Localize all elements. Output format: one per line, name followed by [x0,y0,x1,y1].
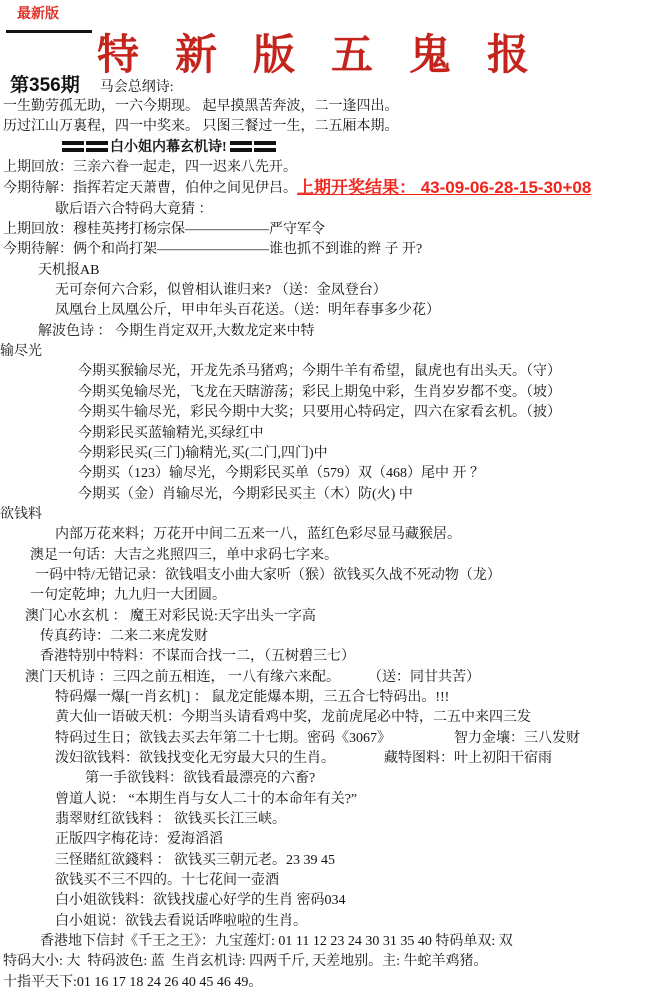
text-line-content: 正版四字梅花诗：爱海滔滔 [55,832,223,847]
text-line-content: 十指平天下:01 16 17 18 24 26 40 45 46 49。 [3,975,262,990]
text-line: 解波色诗 ： 今期生肖定双开,大数龙定来中特 [0,322,670,342]
double-bar-icon [62,141,84,152]
last-draw-result: 上期开奖结果： 43-09-06-28-15-30+08 [297,178,591,197]
text-line: 第一手欲钱料：欲钱看最漂亮的六畜? [0,769,670,789]
text-line: 曾道人说： “本期生肖与女人二十的本命年有关?” [0,790,670,810]
text-line: 翡翠财红欲钱料 ： 欲钱买长江三峡。 [0,810,670,830]
issue-row: 第356期 马会总纲诗: [10,70,174,97]
text-line: 澳门心水玄机 ： 魔王对彩民说:天字出头一字高 [0,607,670,627]
title-dash-line [6,30,92,33]
text-line-content: 一码中特/无错记录：欲钱唱支小曲大家听（猴）欲钱买久战不死动物（龙） [35,568,501,583]
text-line: 今期待解：指挥若定天萧曹，伯仲之间见伊吕。上期开奖结果： 43-09-06-28… [0,178,670,199]
text-line: 特码大小: 大 特码波色: 蓝 生肖玄机诗: 四两千斤, 天差地别。主: 牛蛇羊… [0,952,670,972]
text-line: 输尽光 [0,342,670,362]
text-line-content: 历过江山万裏程，四一中奖来。 只图三餐过一生，二五厢本期。 [3,119,399,134]
text-line-content: 上期回放：穆桂英拷打杨宗保——————严守军令 [3,222,325,237]
text-line-content: 今期买（金）肖输尽光，今期彩民买主（木）防(火) 中 [78,487,413,502]
text-line: 上期回放：三亲六眷一起走，四一迟来八先开。 [0,158,670,178]
five-ghost-report-page: 最新版 特新版五鬼报 第356期 马会总纲诗: 一生勤劳孤无助，一六今期现。 起… [0,0,670,996]
issue-number: 第356期 [10,75,80,96]
text-line-content: 今期待解：指挥若定天萧曹，伯仲之间见伊吕。 [3,181,297,196]
text-line-content: 特码爆一爆[一肖玄机] ： 鼠龙定能爆本期，三五合七特码出。!!! [55,690,449,705]
text-line-content: 黄大仙一语破天机：今期当头请看鸡中奖，龙前虎尾必中特，二五中来四三发 [55,710,531,725]
text-line: 无可奈何六合彩，似曾相认谁归来? （送：金凤登台） [0,281,670,301]
text-line: 香港特别中特料：不谋而合找一二，（五树碧三七） [0,647,670,667]
text-line-content: 一生勤劳孤无助，一六今期现。 起早摸黑苦奔波，二一逢四出。 [3,99,399,114]
text-line: 内部万花来料；万花开中间二五来一八，蓝红色彩尽显马藏猴居。 [0,525,670,545]
text-line-content: 欲钱料 [0,507,42,522]
text-line-content: 凤凰台上凤凰公斤，甲申年头百花送。（送：明年春事多少花） [55,303,440,318]
double-bar-icon [254,141,276,152]
text-line-content: 今期买猴输尽光，开龙先杀马猪鸡；今期牛羊有希望，鼠虎也有出头天。（守） [78,364,561,379]
text-line: 三怪賭紅欲錢料 ： 欲钱买三朝元老。23 39 45 [0,851,670,871]
text-line: 特码过生日；欲钱去买去年第二十七期。密码《3067》 智力金壤：三八发财 [0,729,670,749]
text-line: 一句定乾坤；九九归一大团圆。 [0,586,670,606]
text-line: 香港地下信封《千王之王》：九宝莲灯: 01 11 12 23 24 30 31 … [0,932,670,952]
text-line-content: 上期回放：三亲六眷一起走，四一迟来八先开。 [3,160,297,175]
text-line-content: 欲钱买不三不四的。十七花间一壶酒 [55,873,279,888]
text-line-content: 今期买兔输尽光，飞龙在天瞎游荡；彩民上期兔中彩，生肖岁岁都不变。（坡） [78,385,561,400]
text-line: 白小姐欲钱料：欲钱找虚心好学的生肖 密码034 [0,891,670,911]
text-line: 历过江山万裏程，四一中奖来。 只图三餐过一生，二五厢本期。 [0,117,670,137]
text-line: 天机报AB [0,261,670,281]
text-line-content: 今期彩民买(三门)输精光,买(二门,四门)中 [78,446,328,461]
text-line-content: 泼妇欲钱料：欲钱找变化无穷最大只的生肖。 藏特图料：叶上初阳干宿雨 [55,751,552,766]
text-line-content: 天机报AB [38,263,99,278]
text-line-content: 白小姐说：欲钱去看说话哗啦啦的生肖。 [55,914,307,929]
text-line-content: 内部万花来料；万花开中间二五来一八，蓝红色彩尽显马藏猴居。 [55,527,461,542]
text-line: 黄大仙一语破天机：今期当头请看鸡中奖，龙前虎尾必中特，二五中来四三发 [0,708,670,728]
body-text: 一生勤劳孤无助，一六今期现。 起早摸黑苦奔波，二一逢四出。 历过江山万裏程，四一… [0,97,670,993]
text-line-content: 澳门心水玄机 ： 魔王对彩民说:天字出头一字高 [25,609,316,624]
text-line-content: 白小姐内幕玄机诗! [110,140,230,155]
text-line: 今期买（123）输尽光，今期彩民买单（579）双（468）尾中 开 ？ [0,464,670,484]
text-line: 今期彩民买(三门)输精光,买(二门,四门)中 [0,444,670,464]
text-line-content: 特码过生日；欲钱去买去年第二十七期。密码《3067》 智力金壤：三八发财 [55,731,580,746]
text-line-content: 一句定乾坤；九九归一大团圆。 [30,588,226,603]
text-line-content: 第一手欲钱料：欲钱看最漂亮的六畜? [85,771,315,786]
text-line-content: 传真药诗：二来二来虎发财 [40,629,208,644]
text-line: 欲钱买不三不四的。十七花间一壶酒 [0,871,670,891]
text-line: 今期待解：俩个和尚打架————————谁也抓不到谁的辫 子 开? [0,240,670,260]
text-line: 正版四字梅花诗：爱海滔滔 [0,830,670,850]
masthead-poem-label: 马会总纲诗: [100,80,174,95]
text-line-content: 今期买（123）输尽光，今期彩民买单（579）双（468）尾中 开 ？ [78,466,484,481]
text-line: 白小姐内幕玄机诗! [0,138,670,158]
text-line-content: 香港地下信封《千王之王》：九宝莲灯: 01 11 12 23 24 30 31 … [40,934,513,949]
double-bar-icon [86,141,108,152]
text-line-content: 输尽光 [0,344,42,359]
text-line: 歇后语六合特码大竟猜 ： [0,200,670,220]
text-line-content: 无可奈何六合彩，似曾相认谁归来? （送：金凤登台） [55,283,387,298]
text-line-content: 曾道人说： “本期生肖与女人二十的本命年有关?” [55,792,357,807]
text-line: 特码爆一爆[一肖玄机] ： 鼠龙定能爆本期，三五合七特码出。!!! [0,688,670,708]
text-line: 十指平天下:01 16 17 18 24 26 40 45 46 49。 [0,973,670,993]
text-line-content: 今期买牛输尽光，彩民今期中大奖；只要用心特码定，四六在家看玄机。（披） [78,405,561,420]
text-line-content: 澳门天机诗 ：三四之前五相连， 一八有缘六来配。 （送：同甘共苦） [25,670,480,685]
text-line-content: 今期彩民买蓝输精光,买绿红中 [78,426,264,441]
text-line: 泼妇欲钱料：欲钱找变化无穷最大只的生肖。 藏特图料：叶上初阳干宿雨 [0,749,670,769]
text-line: 澳门天机诗 ：三四之前五相连， 一八有缘六来配。 （送：同甘共苦） [0,668,670,688]
text-line-content: 香港特别中特料：不谋而合找一二，（五树碧三七） [40,649,355,664]
double-bar-icon [230,141,252,152]
text-line-content: 三怪賭紅欲錢料 ： 欲钱买三朝元老。23 39 45 [55,853,335,868]
text-line: 今期彩民买蓝输精光,买绿红中 [0,424,670,444]
text-line: 凤凰台上凤凰公斤，甲申年头百花送。（送：明年春事多少花） [0,301,670,321]
edition-badge: 最新版 [17,3,59,23]
text-line: 今期买（金）肖输尽光，今期彩民买主（木）防(火) 中 [0,485,670,505]
text-line: 欲钱料 [0,505,670,525]
text-line-content: 解波色诗 ： 今期生肖定双开,大数龙定来中特 [38,324,315,339]
text-line: 白小姐说：欲钱去看说话哗啦啦的生肖。 [0,912,670,932]
text-line: 今期买猴输尽光，开龙先杀马猪鸡；今期牛羊有希望，鼠虎也有出头天。（守） [0,362,670,382]
text-line-content: 白小姐欲钱料：欲钱找虚心好学的生肖 密码034 [55,893,346,908]
text-line-content: 特码大小: 大 特码波色: 蓝 生肖玄机诗: 四两千斤, 天差地别。主: 牛蛇羊… [3,954,488,969]
text-line-content: 今期待解：俩个和尚打架————————谁也抓不到谁的辫 子 开? [3,242,422,257]
text-line: 一生勤劳孤无助，一六今期现。 起早摸黑苦奔波，二一逢四出。 [0,97,670,117]
text-line: 一码中特/无错记录：欲钱唱支小曲大家听（猴）欲钱买久战不死动物（龙） [0,566,670,586]
text-line: 澳足一句话：大吉之兆照四三，单中求码七字来。 [0,546,670,566]
text-line: 今期买牛输尽光，彩民今期中大奖；只要用心特码定，四六在家看玄机。（披） [0,403,670,423]
text-line-content: 翡翠财红欲钱料 ： 欲钱买长江三峡。 [55,812,286,827]
text-line-content: 歇后语六合特码大竟猜 ： [55,202,213,217]
text-line: 上期回放：穆桂英拷打杨宗保——————严守军令 [0,220,670,240]
text-line: 今期买兔输尽光，飞龙在天瞎游荡；彩民上期兔中彩，生肖岁岁都不变。（坡） [0,383,670,403]
text-line: 传真药诗：二来二来虎发财 [0,627,670,647]
text-line-content: 澳足一句话：大吉之兆照四三，单中求码七字来。 [30,548,338,563]
